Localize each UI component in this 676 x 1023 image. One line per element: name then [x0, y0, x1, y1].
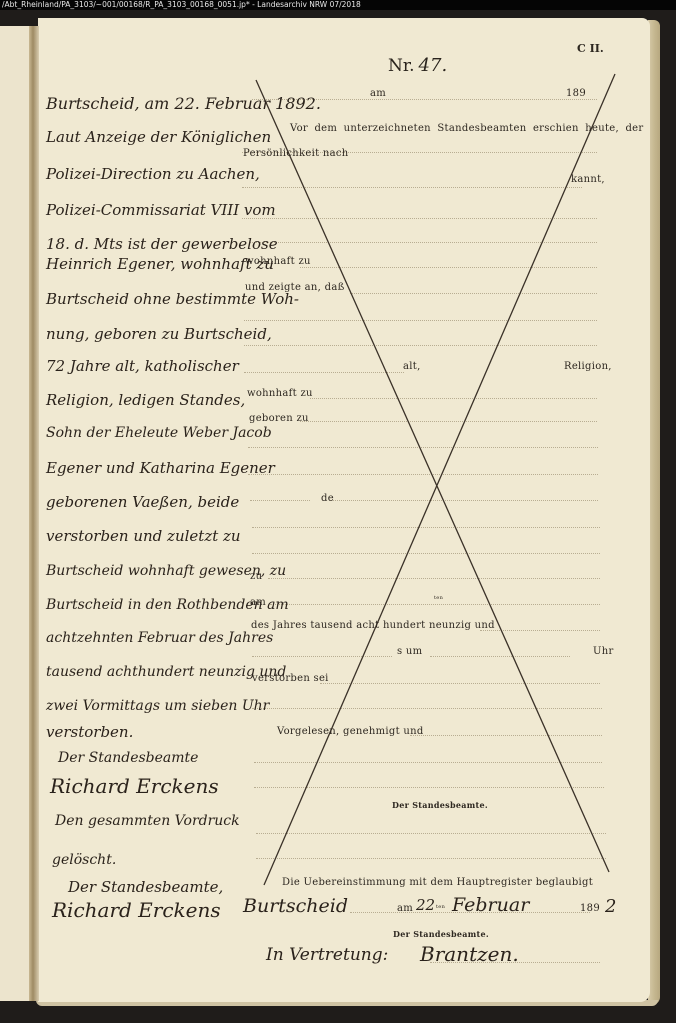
form-am-3: am: [397, 903, 413, 914]
form-am: am: [370, 88, 386, 99]
margin-line: Burtscheid in den Rothbenden am: [46, 597, 289, 613]
form-uhr: Uhr: [593, 646, 614, 657]
form-uebereinstimmung: Die Uebereinstimmung mit dem Hauptregist…: [282, 877, 593, 888]
margin-line: Polizei-Direction zu Aachen,: [46, 165, 260, 183]
form-de: de: [321, 493, 334, 504]
form-year-prefix: 189: [566, 88, 586, 99]
margin-note-text-2: gelöscht.: [52, 852, 116, 868]
margin-signoff-name-2: Richard Erckens: [52, 898, 221, 922]
form-jahres: des Jahres tausend acht hundert neunzig …: [251, 620, 495, 631]
number-value: 47.: [419, 55, 448, 76]
margin-note-text: Den gesammten Vordruck: [55, 813, 240, 829]
number-label: Nr.: [388, 56, 415, 76]
form-date-month: Februar: [452, 894, 529, 916]
margin-line: Burtscheid wohnhaft gewesen, zu: [46, 563, 286, 579]
form-standesbeamte-1: Der Standesbeamte.: [392, 800, 488, 810]
signature: Brantzen.: [420, 942, 519, 966]
form-wohnhaft-2: wohnhaft zu: [247, 388, 313, 399]
margin-line: verstorben.: [46, 723, 133, 741]
series-code: C II.: [577, 42, 604, 55]
margin-line: 18. d. Mts ist der gewerbelose: [46, 235, 278, 253]
margin-line: Religion, ledigen Standes,: [46, 391, 245, 409]
margin-line: Egener und Katharina Egener: [46, 459, 275, 477]
margin-line: Sohn der Eheleute Weber Jacob: [46, 425, 272, 441]
margin-line: geborenen Vaeßen, beide: [46, 493, 239, 511]
form-vertretung: In Vertretung:: [266, 945, 388, 965]
margin-signoff-title-1: Der Standesbeamte: [58, 750, 198, 766]
margin-line: Burtscheid, am 22. Februar 1892.: [46, 94, 321, 113]
form-persoenlichkeit: Persönlichkeit nach: [243, 148, 349, 159]
margin-line: tausend achthundert neunzig und: [46, 664, 286, 680]
form-standesbeamte-2: Der Standesbeamte.: [393, 929, 489, 939]
form-s-um: s um: [397, 646, 422, 657]
margin-line: Burtscheid ohne bestimmte Woh-: [46, 290, 299, 308]
form-date-day: 22: [416, 896, 435, 914]
margin-line: Heinrich Egener, wohnhaft zu: [46, 255, 274, 273]
margin-line: Laut Anzeige der Königlichen: [46, 128, 271, 146]
margin-line: achtzehnten Februar des Jahres: [46, 630, 273, 646]
entry-number: Nr.47.: [388, 55, 447, 76]
form-vorgelesen: Vorgelesen, genehmigt und: [277, 726, 424, 737]
margin-line: verstorben und zuletzt zu: [46, 527, 241, 545]
margin-signoff-title-2: Der Standesbeamte,: [68, 878, 223, 896]
form-place: Burtscheid: [243, 895, 348, 917]
form-kannt: kannt,: [571, 174, 605, 185]
form-ten: ten: [434, 595, 443, 601]
margin-line: nung, geboren zu Burtscheid,: [46, 325, 272, 343]
form-geboren: geboren zu: [249, 413, 309, 424]
form-alt: alt,: [403, 361, 421, 372]
form-year-print: 189: [580, 903, 600, 914]
form-date-sup: ten: [436, 904, 445, 910]
margin-line: Polizei-Commissariat VIII vom: [46, 201, 276, 219]
form-year-digit: 2: [605, 896, 616, 917]
margin-line: 72 Jahre alt, katholischer: [46, 357, 239, 375]
margin-line: zwei Vormittags um sieben Uhr: [46, 698, 269, 714]
form-vor-dem: Vor dem unterzeichneten Standesbeamten e…: [290, 123, 643, 134]
form-religion: Religion,: [564, 361, 612, 372]
margin-signoff-name-1: Richard Erckens: [50, 774, 219, 798]
